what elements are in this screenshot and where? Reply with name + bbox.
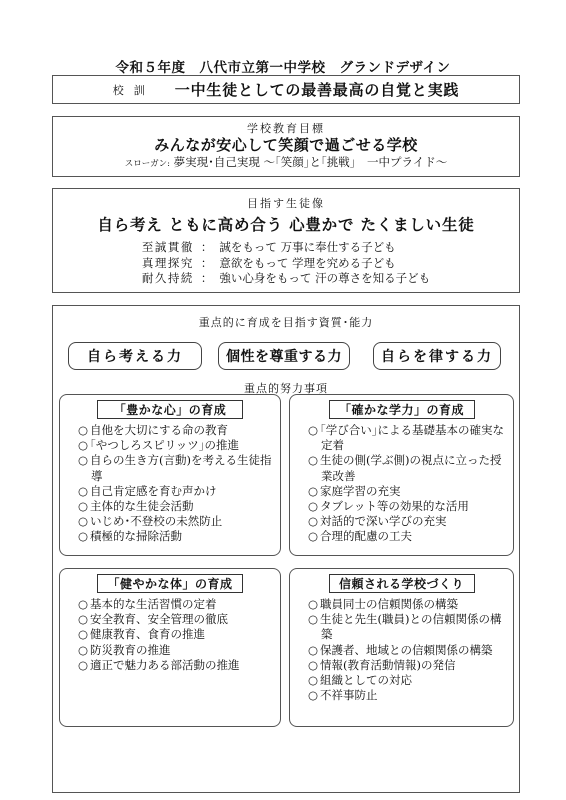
circle-bullet-icon: ○ — [78, 453, 90, 468]
circle-bullet-icon: ○ — [308, 658, 320, 673]
panel-title: 「豊かな心」の育成 — [97, 400, 243, 419]
panel-title: 「健やかな体」の育成 — [97, 574, 243, 593]
list-item: ○防災教育の推進 — [78, 643, 274, 658]
list-item-text: 保護者、地域との信頼関係の構築 — [320, 643, 493, 657]
list-item: ○｢やつしろスピリッツ｣の推進 — [78, 438, 274, 453]
motto-text: 一中生徒としての最善最高の自覚と実践 — [175, 79, 459, 100]
slogan: スローガン: 夢実現･自己実現 ～｢笑顔｣と｢挑戦｣ 一中プライド～ — [53, 154, 519, 172]
circle-bullet-icon: ○ — [78, 643, 90, 658]
ideal-student-text: 自ら考え ともに高め合う 心豊かで たくましい生徒 — [53, 214, 519, 236]
circle-bullet-icon: ○ — [308, 514, 320, 529]
circle-bullet-icon: ○ — [308, 499, 320, 514]
virtue-separator: ： — [201, 271, 213, 285]
circle-bullet-icon: ○ — [78, 627, 90, 642]
list-item-text: 家庭学習の充実 — [320, 484, 401, 498]
panel-list: ○基本的な生活習慣の定着 ○安全教育、安全管理の徹底 ○健康教育、食育の推進 ○… — [60, 597, 280, 673]
motto-label: 校訓 — [113, 82, 155, 98]
panel-title: 信頼される学校づくり — [329, 574, 475, 593]
list-item-text: 不祥事防止 — [320, 688, 378, 702]
list-item: ○家庭学習の充実 — [308, 484, 507, 499]
list-item: ○基本的な生活習慣の定着 — [78, 597, 274, 612]
virtue-desc: 誠をもって 万事に奉仕する子ども — [219, 240, 395, 254]
circle-bullet-icon: ○ — [78, 597, 90, 612]
virtue-row: 至誠貫徹：誠をもって 万事に奉仕する子ども — [142, 240, 430, 256]
ideal-student-box: 目指す生徒像 自ら考え ともに高め合う 心豊かで たくましい生徒 至誠貫徹：誠を… — [52, 188, 520, 293]
list-item-text: 防災教育の推進 — [90, 643, 171, 657]
panel-list: ○｢学び合い｣による基礎基本の確実な定着 ○生徒の側(学ぶ側)の視点に立った授業… — [290, 423, 513, 545]
virtue-separator: ： — [201, 256, 213, 270]
list-item-text: ｢学び合い｣による基礎基本の確実な定着 — [320, 423, 504, 452]
list-item: ○保護者、地域との信頼関係の構築 — [308, 643, 507, 658]
virtue-row: 真理探究：意欲をもって 学理を究める子ども — [142, 256, 430, 272]
ability-think-independently: 自ら考える力 — [68, 342, 202, 370]
virtue-row: 耐久持続：強い心身をもって 汗の尊さを知る子ども — [142, 271, 430, 287]
virtue-name: 至誠貫徹 — [142, 240, 194, 254]
list-item-text: 主体的な生徒会活動 — [90, 499, 194, 513]
focus-label: 重点的に育成を目指す資質･能力 — [53, 314, 519, 330]
ideal-student-label: 目指す生徒像 — [53, 197, 519, 211]
circle-bullet-icon: ○ — [308, 643, 320, 658]
list-item-text: 積極的な掃除活動 — [90, 529, 182, 543]
list-item: ○｢学び合い｣による基礎基本の確実な定着 — [308, 423, 507, 453]
list-item: ○健康教育、食育の推進 — [78, 627, 274, 642]
list-item: ○情報(教育活動情報)の発信 — [308, 658, 507, 673]
circle-bullet-icon: ○ — [78, 514, 90, 529]
virtue-name: 真理探究 — [142, 256, 194, 270]
list-item-text: 基本的な生活習慣の定着 — [90, 597, 217, 611]
list-item-text: 適正で魅力ある部活動の推進 — [90, 658, 240, 672]
list-item-text: 組織としての対応 — [320, 673, 412, 687]
list-item: ○いじめ･不登校の未然防止 — [78, 514, 274, 529]
panel-title: 「確かな学力」の育成 — [329, 400, 475, 419]
list-item-text: 自己肯定感を育む声かけ — [90, 484, 217, 498]
panel-rich-heart: 「豊かな心」の育成 ○自他を大切にする命の教育 ○｢やつしろスピリッツ｣の推進 … — [59, 394, 281, 556]
list-item: ○自他を大切にする命の教育 — [78, 423, 274, 438]
list-item-text: タブレット等の効果的な活用 — [320, 499, 469, 513]
panel-trusted-school: 信頼される学校づくり ○職員同士の信頼関係の構築 ○生徒と先生(職員)との信頼関… — [289, 568, 514, 727]
list-item: ○生徒と先生(職員)との信頼関係の構築 — [308, 612, 507, 642]
circle-bullet-icon: ○ — [308, 688, 320, 703]
panel-healthy-body: 「健やかな体」の育成 ○基本的な生活習慣の定着 ○安全教育、安全管理の徹底 ○健… — [59, 568, 281, 727]
panel-list: ○職員同士の信頼関係の構築 ○生徒と先生(職員)との信頼関係の構築 ○保護者、地… — [290, 597, 513, 703]
list-item-text: 情報(教育活動情報)の発信 — [320, 658, 455, 672]
list-item-text: 対話的で深い学びの充実 — [320, 514, 447, 528]
virtue-list: 至誠貫徹：誠をもって 万事に奉仕する子ども 真理探究：意欲をもって 学理を究める… — [142, 240, 430, 287]
list-item-text: 安全教育、安全管理の徹底 — [90, 612, 228, 626]
circle-bullet-icon: ○ — [308, 597, 320, 612]
list-item-text: 合理的配慮の工夫 — [320, 529, 412, 543]
virtue-desc: 意欲をもって 学理を究める子ども — [219, 256, 395, 270]
list-item: ○積極的な掃除活動 — [78, 529, 274, 544]
focus-abilities-box: 重点的に育成を目指す資質･能力 自ら考える力 個性を尊重する力 自らを律する力 … — [52, 305, 520, 793]
list-item: ○対話的で深い学びの充実 — [308, 514, 507, 529]
circle-bullet-icon: ○ — [78, 499, 90, 514]
virtue-desc: 強い心身をもって 汗の尊さを知る子ども — [219, 271, 430, 285]
circle-bullet-icon: ○ — [78, 484, 90, 499]
page-title: 令和５年度 八代市立第一中学校 グランドデザイン — [0, 56, 566, 76]
school-goal-text: みんなが安心して笑顔で過ごせる学校 — [53, 136, 519, 154]
list-item-text: いじめ･不登校の未然防止 — [90, 514, 222, 528]
list-item: ○職員同士の信頼関係の構築 — [308, 597, 507, 612]
list-item: ○組織としての対応 — [308, 673, 507, 688]
circle-bullet-icon: ○ — [78, 529, 90, 544]
list-item: ○安全教育、安全管理の徹底 — [78, 612, 274, 627]
slogan-label: スローガン: — [125, 159, 170, 169]
virtue-name: 耐久持続 — [142, 271, 194, 285]
list-item-text: 職員同士の信頼関係の構築 — [320, 597, 458, 611]
circle-bullet-icon: ○ — [308, 612, 320, 627]
list-item: ○自己肯定感を育む声かけ — [78, 484, 274, 499]
list-item: ○タブレット等の効果的な活用 — [308, 499, 507, 514]
circle-bullet-icon: ○ — [308, 423, 320, 438]
list-item-text: 自らの生き方(言動)を考える生徒指導 — [90, 453, 271, 482]
panel-list: ○自他を大切にする命の教育 ○｢やつしろスピリッツ｣の推進 ○自らの生き方(言動… — [60, 423, 280, 545]
list-item-text: 生徒と先生(職員)との信頼関係の構築 — [320, 612, 501, 641]
circle-bullet-icon: ○ — [308, 529, 320, 544]
school-motto-box: 校訓 一中生徒としての最善最高の自覚と実践 — [52, 75, 520, 104]
circle-bullet-icon: ○ — [308, 673, 320, 688]
panel-solid-academics: 「確かな学力」の育成 ○｢学び合い｣による基礎基本の確実な定着 ○生徒の側(学ぶ… — [289, 394, 514, 556]
list-item: ○適正で魅力ある部活動の推進 — [78, 658, 274, 673]
circle-bullet-icon: ○ — [78, 438, 90, 453]
school-goal-label: 学校教育目標 — [53, 122, 519, 136]
list-item-text: 生徒の側(学ぶ側)の視点に立った授業改善 — [320, 453, 501, 482]
ability-self-discipline: 自らを律する力 — [373, 342, 501, 370]
list-item-text: 健康教育、食育の推進 — [90, 627, 205, 641]
circle-bullet-icon: ○ — [308, 453, 320, 468]
virtue-separator: ： — [201, 240, 213, 254]
ability-respect-individuality: 個性を尊重する力 — [218, 342, 350, 370]
slogan-text: 夢実現･自己実現 ～｢笑顔｣と｢挑戦｣ 一中プライド～ — [170, 155, 447, 169]
list-item: ○生徒の側(学ぶ側)の視点に立った授業改善 — [308, 453, 507, 483]
circle-bullet-icon: ○ — [308, 484, 320, 499]
school-goal-box: 学校教育目標 みんなが安心して笑顔で過ごせる学校 スローガン: 夢実現･自己実現… — [52, 116, 520, 177]
circle-bullet-icon: ○ — [78, 612, 90, 627]
list-item: ○自らの生き方(言動)を考える生徒指導 — [78, 453, 274, 483]
list-item: ○主体的な生徒会活動 — [78, 499, 274, 514]
circle-bullet-icon: ○ — [78, 423, 90, 438]
circle-bullet-icon: ○ — [78, 658, 90, 673]
list-item-text: ｢やつしろスピリッツ｣の推進 — [90, 438, 239, 452]
list-item: ○不祥事防止 — [308, 688, 507, 703]
list-item: ○合理的配慮の工夫 — [308, 529, 507, 544]
list-item-text: 自他を大切にする命の教育 — [90, 423, 228, 437]
